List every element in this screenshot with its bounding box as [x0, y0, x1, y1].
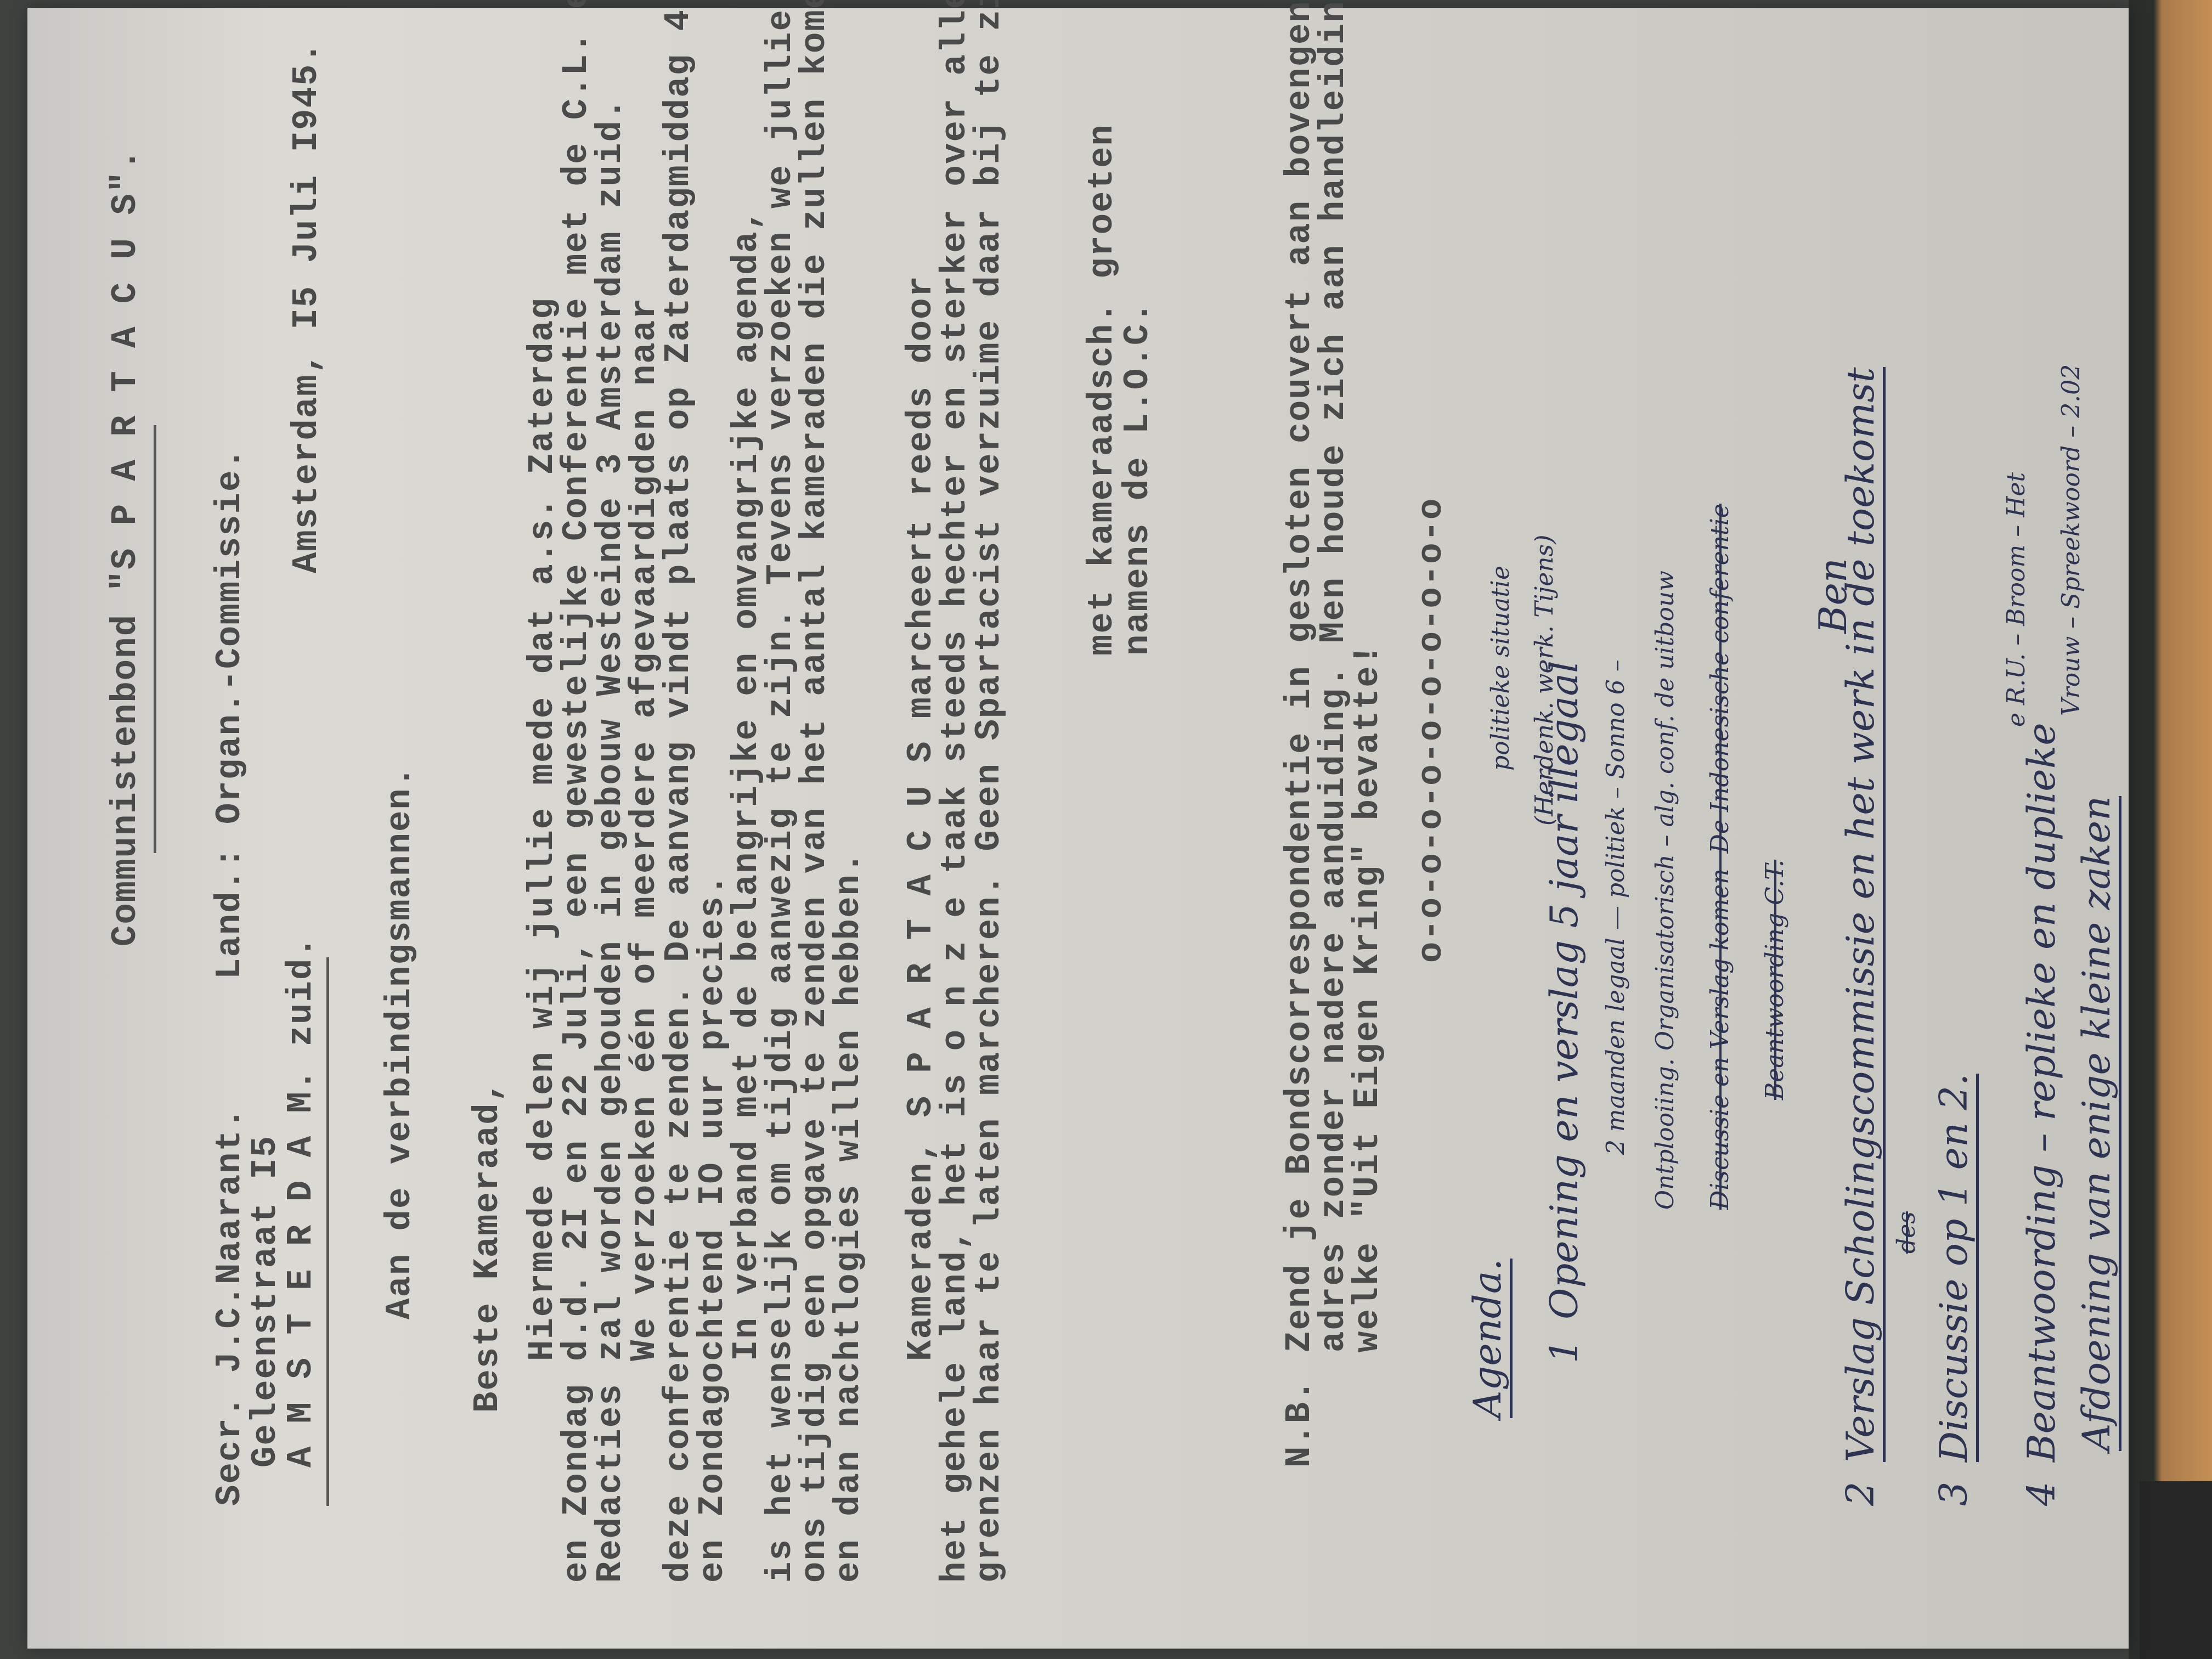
agenda-item-number: 2: [1838, 1481, 1883, 1506]
p1-line: en dan nachtlogies willen hebben.: [827, 851, 871, 1583]
agenda-item-1-sub: Beantwoording C.T.: [1761, 860, 1789, 1100]
nb-line: welke "Uit Eigen Kring" bevatte!: [1346, 643, 1390, 1352]
separator: o-o-o-o-o-o-o-o-o-o-o: [1410, 497, 1454, 963]
agenda-item-2-annotation: Ben: [1810, 558, 1855, 634]
sender-rule: [326, 957, 329, 1506]
sender-department: Land.: Organ.-Commissie.: [208, 447, 252, 979]
agenda-item-1-paren: (Herdenk. werk. Tijens): [1531, 535, 1559, 826]
desk-corner: [2140, 1481, 2212, 1659]
agenda-item-4-annotation: e R.U. – Broom – Het: [2002, 472, 2030, 727]
agenda-item-4: Beantwoording – replieke en duplieke: [2019, 723, 2064, 1462]
letterhead: Communistenbond "S P A R T A C U S".: [104, 148, 148, 946]
closing-signature: namens de L.O.C.: [1116, 301, 1160, 656]
addressee: Aan de verbindingsmannen.: [379, 765, 422, 1319]
p2-line: grenzen haar te laten marcheren. Geen Sp…: [968, 0, 1012, 1583]
agenda-item-1-sub: Ontplooiing. Organisatorisch – alg. conf…: [1651, 571, 1679, 1210]
sender-city: A M S T E R D A M. zuid.: [280, 935, 324, 1468]
agenda-item-3-annotation: des: [1893, 1211, 1921, 1254]
agenda-item-1-sub: Discussie en Verslag komen De Indonesisc…: [1706, 504, 1734, 1210]
agenda-item-4-sub: Afdoening van enige kleine zaken: [2074, 796, 2121, 1451]
date-line: Amsterdam, I5 Juli I945.: [285, 41, 329, 573]
agenda-item-1-sub: 2 maanden legaal — politiek – Sonno 6 –: [1602, 659, 1630, 1155]
agenda-item-4-annotation: Vrouw – Spreekwoord – 2.02: [2057, 364, 2085, 716]
nb-label: N.B.: [1278, 1379, 1322, 1468]
agenda-item-number: 1: [1542, 1339, 1587, 1363]
agenda-item-2: Verslag Scholingscommissie en het werk i…: [1838, 367, 1886, 1462]
agenda-item-3: Discussie op 1 en 2.: [1931, 1074, 1979, 1462]
agenda-item-number: 4: [2019, 1481, 2064, 1506]
agenda-heading: Agenda.: [1465, 1259, 1513, 1418]
agenda-item-1-annotation: politieke situatie: [1487, 566, 1515, 771]
desk-surface: [2129, 0, 2212, 1659]
agenda-item-number: 3: [1931, 1481, 1976, 1506]
salutation: Beste Kameraad,: [466, 1080, 510, 1413]
letter-paper: Communistenbond "S P A R T A C U S". Sec…: [27, 8, 2129, 1649]
letter-sheet: Communistenbond "S P A R T A C U S". Sec…: [27, 8, 2129, 1649]
letterhead-rule: [154, 425, 156, 853]
